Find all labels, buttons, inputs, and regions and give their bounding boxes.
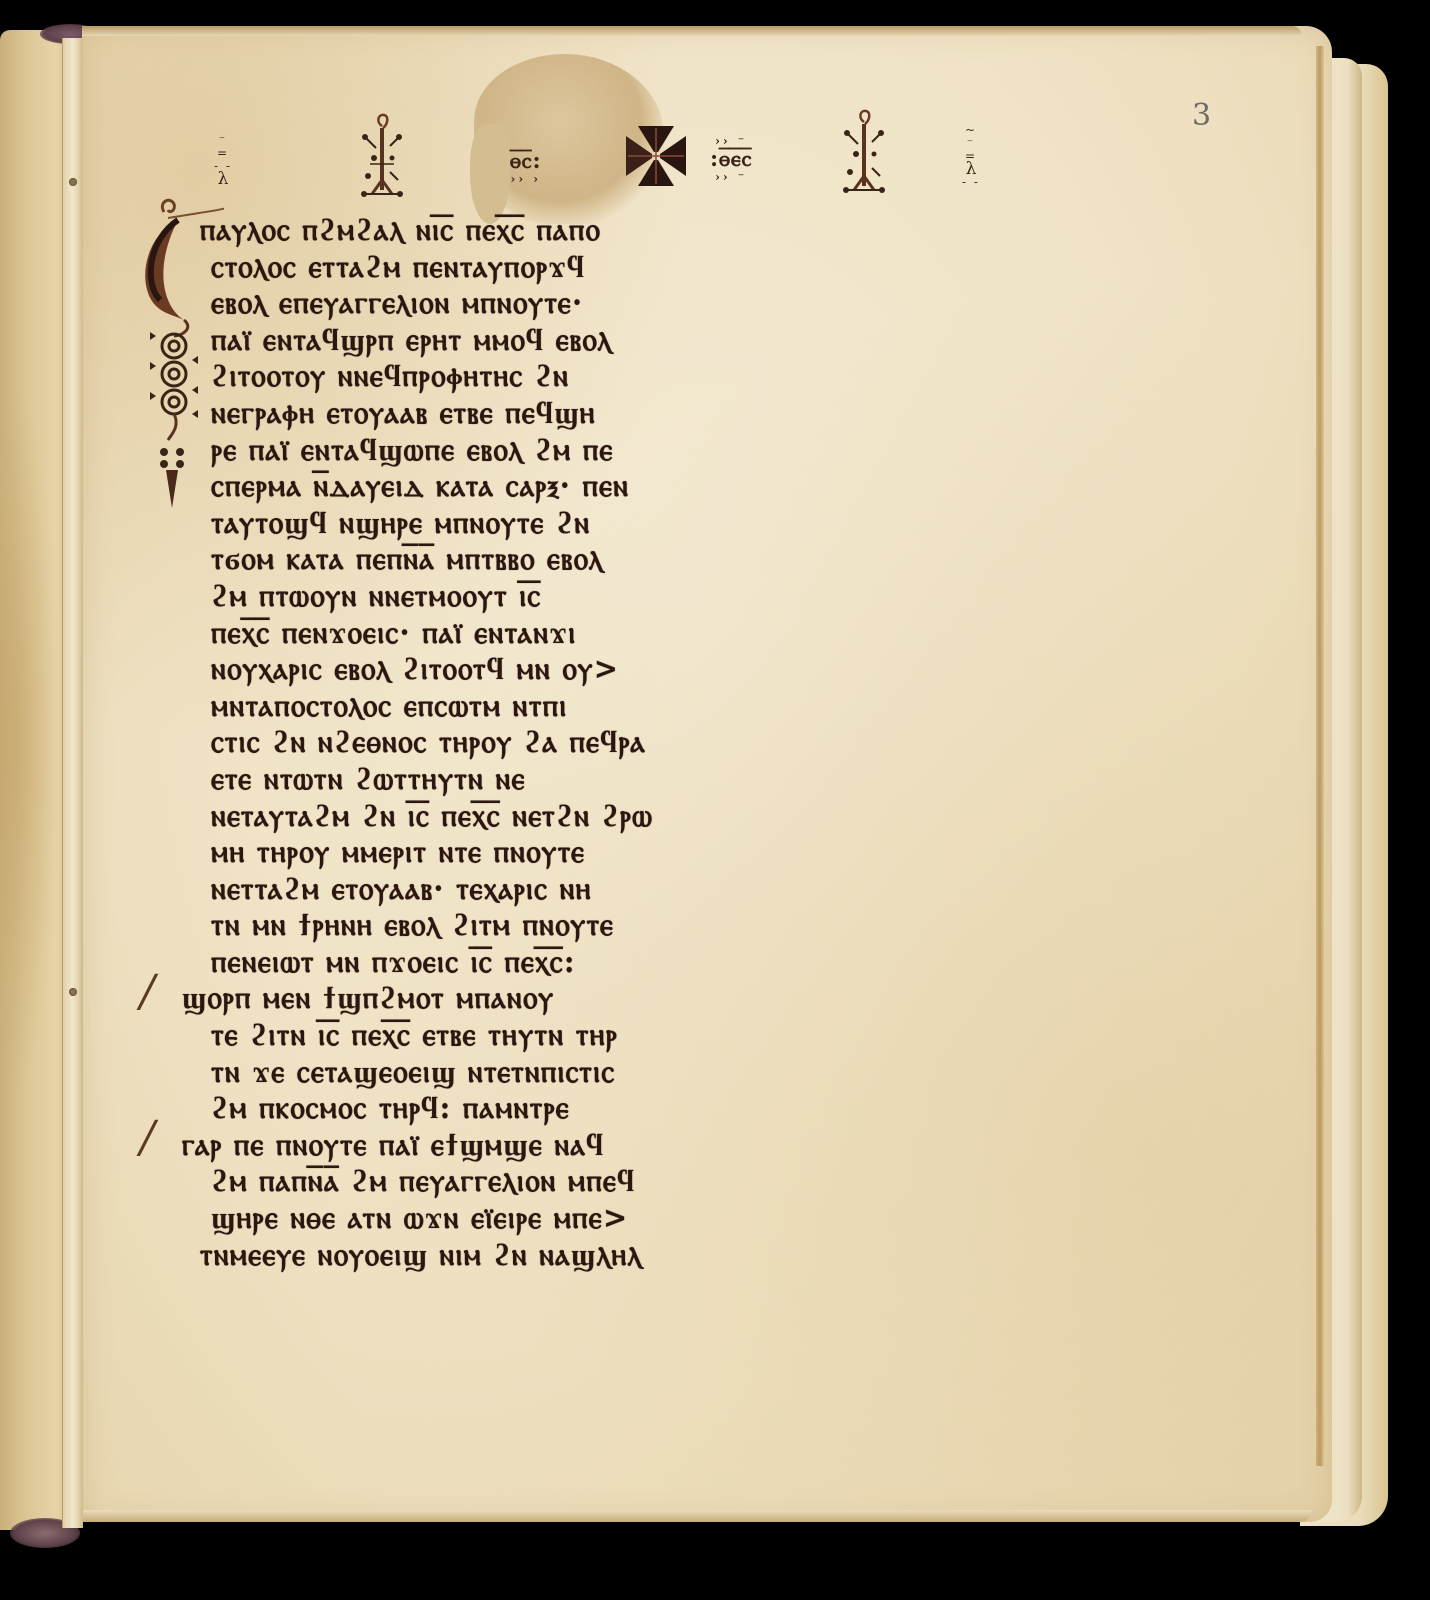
text-line: ⲥⲧⲟⲗⲟⲥ ⲉⲧⲧⲁϩⲙ ⲡⲉⲛⲧⲁⲩⲡⲟⲣϫϥ — [200, 249, 1074, 286]
lambda-marker-left: ⁻=- - λ — [214, 134, 232, 186]
nomen-sacrum-left: ⲑ̅ⲥ̅: ›› › — [510, 148, 542, 184]
text-line: ⲥⲡⲉⲣⲙⲁ ⲛ̅ⲇⲁⲩⲉⲓⲇ ⲕⲁⲧⲁ ⲥⲁⲣⲝ· ⲡⲉⲛ — [200, 468, 1074, 505]
page-bottom-edge — [82, 1510, 1312, 1522]
text-line: ⲡⲁⲓ̈ ⲉⲛⲧⲁϥϣⲣⲡ ⲉⲣⲏⲧ ⲙⲙⲟϥ ⲉⲃⲟⲗ — [200, 322, 1074, 359]
nomen-sacrum-right: ›› ⁻ :ⲑ̅ⲉ̅ⲥ̅ ›› ⁻ — [710, 136, 752, 182]
text-line: ⲙⲏ ⲧⲏⲣⲟⲩ ⲙⲙⲉⲣⲓⲧ ⲛⲧⲉ ⲡⲛⲟⲩⲧⲉ — [200, 834, 1074, 871]
text-line: ϩⲓⲧⲟⲟⲧⲟⲩ ⲛⲛⲉϥⲡⲣⲟⲫⲏⲧⲏⲥ ϩⲛ — [200, 358, 1074, 395]
text-line: ⲡⲉⲭ̅ⲥ̅ ⲡⲉⲛϫⲟⲉⲓⲥ· ⲡⲁⲓ̈ ⲉⲛⲧⲁⲛϫⲓ — [200, 615, 1074, 652]
text-line: ⲧⲛ ϫⲉ ⲥⲉⲧⲁϣⲉⲟⲉⲓϣ ⲛⲧⲉⲧⲛⲡⲓⲥⲧⲓⲥ — [200, 1054, 1074, 1091]
text-line: ⲛⲉⲧⲁⲩⲧⲁϩⲙ ϩⲛ ⲓ̅ⲥ̅ ⲡⲉⲭ̅ⲥ̅ ⲛⲉⲧϩⲛ ϩⲣⲱ — [200, 798, 1074, 835]
spine-gutter — [62, 38, 83, 1528]
margin-section-marker: / — [140, 966, 155, 1017]
header-ornaments: ⁻=- - λ ⲑ̅ⲥ̅: ›› › — [82, 106, 1332, 216]
staurogram-tree-icon-right — [834, 108, 894, 198]
lambda-marker-right: ~⁻= λ - - — [962, 124, 980, 189]
staurogram-tree-icon — [352, 112, 412, 202]
text-line: ⲧϭⲟⲙ ⲕⲁⲧⲁ ⲡⲉⲡⲛ̅ⲁ̅ ⲙⲡⲧⲃⲃⲟ ⲉⲃⲟⲗ — [200, 541, 1074, 578]
text-line: ϩⲙ ⲡⲁⲡⲛ̅ⲁ̅ ϩⲙ ⲡⲉⲩⲁⲅⲅⲉⲗⲓⲟⲛ ⲙⲡⲉϥ — [200, 1163, 1074, 1200]
previous-leaf-edge — [0, 30, 70, 1530]
text-line: ⲣⲉ ⲡⲁⲓ̈ ⲉⲛⲧⲁϥϣⲱⲡⲉ ⲉⲃⲟⲗ ϩⲙ ⲡⲉ — [200, 432, 1074, 469]
sewing-hole — [69, 178, 77, 186]
text-line: ⲧⲉ ϩⲓⲧⲛ ⲓ̅ⲥ̅ ⲡⲉⲭ̅ⲥ̅ ⲉⲧⲃⲉ ⲧⲏⲩⲧⲛ ⲧⲏⲣ — [200, 1017, 1074, 1054]
text-line: ⲛⲉⲧⲧⲁϩⲙ ⲉⲧⲟⲩⲁⲁⲃ· ⲧⲉⲭⲁⲣⲓⲥ ⲛⲏ — [200, 871, 1074, 908]
text-line: ϣⲟⲣⲡ ⲙⲉⲛ ϯϣⲡϩⲙⲟⲧ ⲙⲡⲁⲛⲟⲩ — [182, 980, 1073, 1017]
text-line: ⲧⲛ ⲙⲛ ϯⲣⲏⲛⲏ ⲉⲃⲟⲗ ϩⲓⲧⲙ ⲡⲛⲟⲩⲧⲉ — [200, 907, 1074, 944]
text-line: ⲉⲧⲉ ⲛⲧⲱⲧⲛ ϩⲱⲧⲧⲏⲩⲧⲛ ⲛⲉ — [200, 761, 1074, 798]
cross-pattee-icon — [624, 124, 688, 188]
text-line: ⲡⲁⲩⲗⲟⲥ ⲡϩⲙϩⲁⲗ ⲛⲓ̅ⲥ̅ ⲡⲉⲭ̅ⲥ̅ ⲡⲁⲡⲟ — [200, 212, 1074, 249]
page-top-edge — [82, 26, 1302, 36]
text-line: ⲛⲉⲅⲣⲁⲫⲏ ⲉⲧⲟⲩⲁⲁⲃ ⲉⲧⲃⲉ ⲡⲉϥϣⲏ — [200, 395, 1074, 432]
margin-section-marker: / — [140, 1112, 155, 1163]
text-line: ⲧⲁⲩⲧⲟϣϥ ⲛϣⲏⲣⲉ ⲙⲡⲛⲟⲩⲧⲉ ϩⲛ — [200, 505, 1074, 542]
sewing-hole — [69, 988, 77, 996]
text-line: ϩⲙ ⲡⲕⲟⲥⲙⲟⲥ ⲧⲏⲣϥ: ⲡⲁⲙⲛⲧⲣⲉ — [200, 1090, 1074, 1127]
text-line: ⲡⲉⲛⲉⲓⲱⲧ ⲙⲛ ⲡϫⲟⲉⲓⲥ ⲓ̅ⲥ̅ ⲡⲉⲭ̅ⲥ̅: — [200, 944, 1074, 981]
svg-text:ⲡ: ⲡ — [164, 283, 165, 285]
parchment-stain — [0, 390, 60, 1090]
text-line: ⲧⲛⲙⲉⲉⲩⲉ ⲛⲟⲩⲟⲉⲓϣ ⲛⲓⲙ ϩⲛ ⲛⲁϣⲗⲏⲗ — [200, 1237, 1074, 1274]
text-line: ϩⲙ ⲡⲧⲱⲟⲩⲛ ⲛⲛⲉⲧⲙⲟⲟⲩⲧ ⲓ̅ⲥ̅ — [200, 578, 1074, 615]
manuscript-text: ⲡⲁⲩⲗⲟⲥ ⲡϩⲙϩⲁⲗ ⲛⲓ̅ⲥ̅ ⲡⲉⲭ̅ⲥ̅ ⲡⲁⲡⲟ ⲥⲧⲟⲗⲟⲥ ⲉ… — [200, 212, 1140, 1273]
text-line: ⲥⲧⲓⲥ ϩⲛ ⲛϩⲉⲑⲛⲟⲥ ⲧⲏⲣⲟⲩ ϩⲁ ⲡⲉϥⲣⲁ — [200, 724, 1074, 761]
text-line: ⲛⲟⲩⲭⲁⲣⲓⲥ ⲉⲃⲟⲗ ϩⲓⲧⲟⲟⲧϥ ⲙⲛ ⲟⲩ> — [200, 651, 1074, 688]
page-fore-edge — [1316, 46, 1324, 1466]
text-line: ϣⲏⲣⲉ ⲛⲑⲉ ⲁⲧⲛ ⲱϫⲛ ⲉⲓ̈ⲉⲓⲣⲉ ⲙⲡⲉ> — [200, 1200, 1074, 1237]
text-line: ⲉⲃⲟⲗ ⲉⲡⲉⲩⲁⲅⲅⲉⲗⲓⲟⲛ ⲙⲡⲛⲟⲩⲧⲉ· — [200, 285, 1074, 322]
text-line: ⲅⲁⲣ ⲡⲉ ⲡⲛⲟⲩⲧⲉ ⲡⲁⲓ̈ ⲉϯϣⲙϣⲉ ⲛⲁϥ — [182, 1127, 1073, 1164]
text-line: ⲙⲛⲧⲁⲡⲟⲥⲧⲟⲗⲟⲥ ⲉⲡⲥⲱⲧⲙ ⲛⲧⲡⲓ — [200, 688, 1074, 725]
manuscript-page: 3 ⁻=- - λ ⲑ̅ⲥ̅: ›› › — [82, 26, 1332, 1522]
